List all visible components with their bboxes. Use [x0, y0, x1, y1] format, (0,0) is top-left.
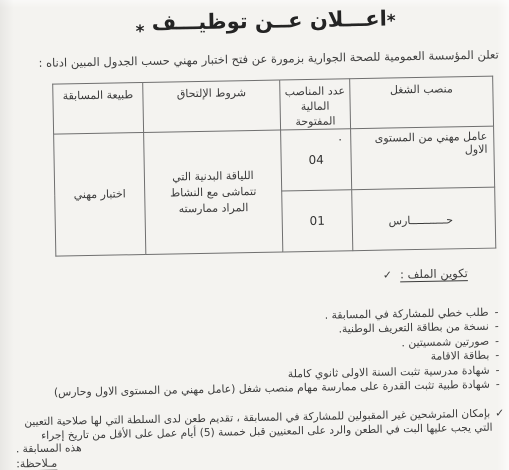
required-docs-list: - طلب خطي للمشاركة في المسابقة . - نسخة …	[52, 306, 499, 401]
dash-bullet: -	[495, 320, 499, 334]
checkmark-icon: ✓	[383, 268, 392, 281]
dash-bullet: -	[496, 378, 500, 392]
doc-item-label: صورتين شمسيتين .	[401, 335, 489, 351]
col-header-position: منصب الشغل	[350, 76, 494, 129]
col-header-nature: طبيعة المسابقة	[53, 83, 144, 135]
dash-bullet: -	[495, 334, 499, 348]
title-text: اعـــلان عــن توظيـــف	[151, 7, 387, 35]
cell-position-worker: عامل مهني من المستوى الاول	[351, 126, 495, 190]
title-star-left: *	[135, 22, 144, 42]
cell-position-guard: حـــــــــــارس	[352, 187, 496, 251]
announcement-title: *اعـــلان عــن توظيـــف *	[11, 4, 509, 37]
document-page: *اعـــلان عــن توظيـــف * تعلن المؤسسة ا…	[0, 0, 509, 470]
file-section-title: تكوين الملف : ✓	[383, 266, 468, 282]
checkmark-icon: ✓	[495, 406, 504, 419]
stray-dot-mark: .	[338, 129, 342, 143]
doc-item-label: بطاقة الاقامة	[431, 349, 490, 364]
appeal-paragraph-line-3: هذه المسابقة .	[16, 442, 82, 455]
table-row: عامل مهني من المستوى الاول 04 اللياقة ال…	[54, 126, 495, 195]
positions-table: منصب الشغل عدد المناصب المالية المفتوحة …	[52, 76, 496, 257]
table-header-row: منصب الشغل عدد المناصب المالية المفتوحة …	[53, 76, 494, 134]
announcement-subtitle: تعلن المؤسسة العمومية للصحة الجوارية بزم…	[38, 47, 498, 69]
note-label: مـلاحظة:	[16, 457, 57, 470]
title-star-right: *	[387, 11, 396, 31]
dash-bullet: -	[495, 349, 499, 363]
dash-bullet: -	[494, 306, 498, 320]
col-header-open-posts: عدد المناصب المالية المفتوحة	[280, 79, 351, 130]
dash-bullet: -	[495, 363, 499, 377]
col-header-conditions: شروط الإلتحاق	[143, 80, 281, 133]
cell-nature: اختبار مهني	[54, 133, 146, 257]
file-section-label: تكوين الملف :	[400, 266, 468, 281]
cell-count-guard: 01	[282, 190, 353, 252]
cell-conditions: اللياقة البدنية التي تتماشى مع النشاط ال…	[144, 130, 283, 254]
